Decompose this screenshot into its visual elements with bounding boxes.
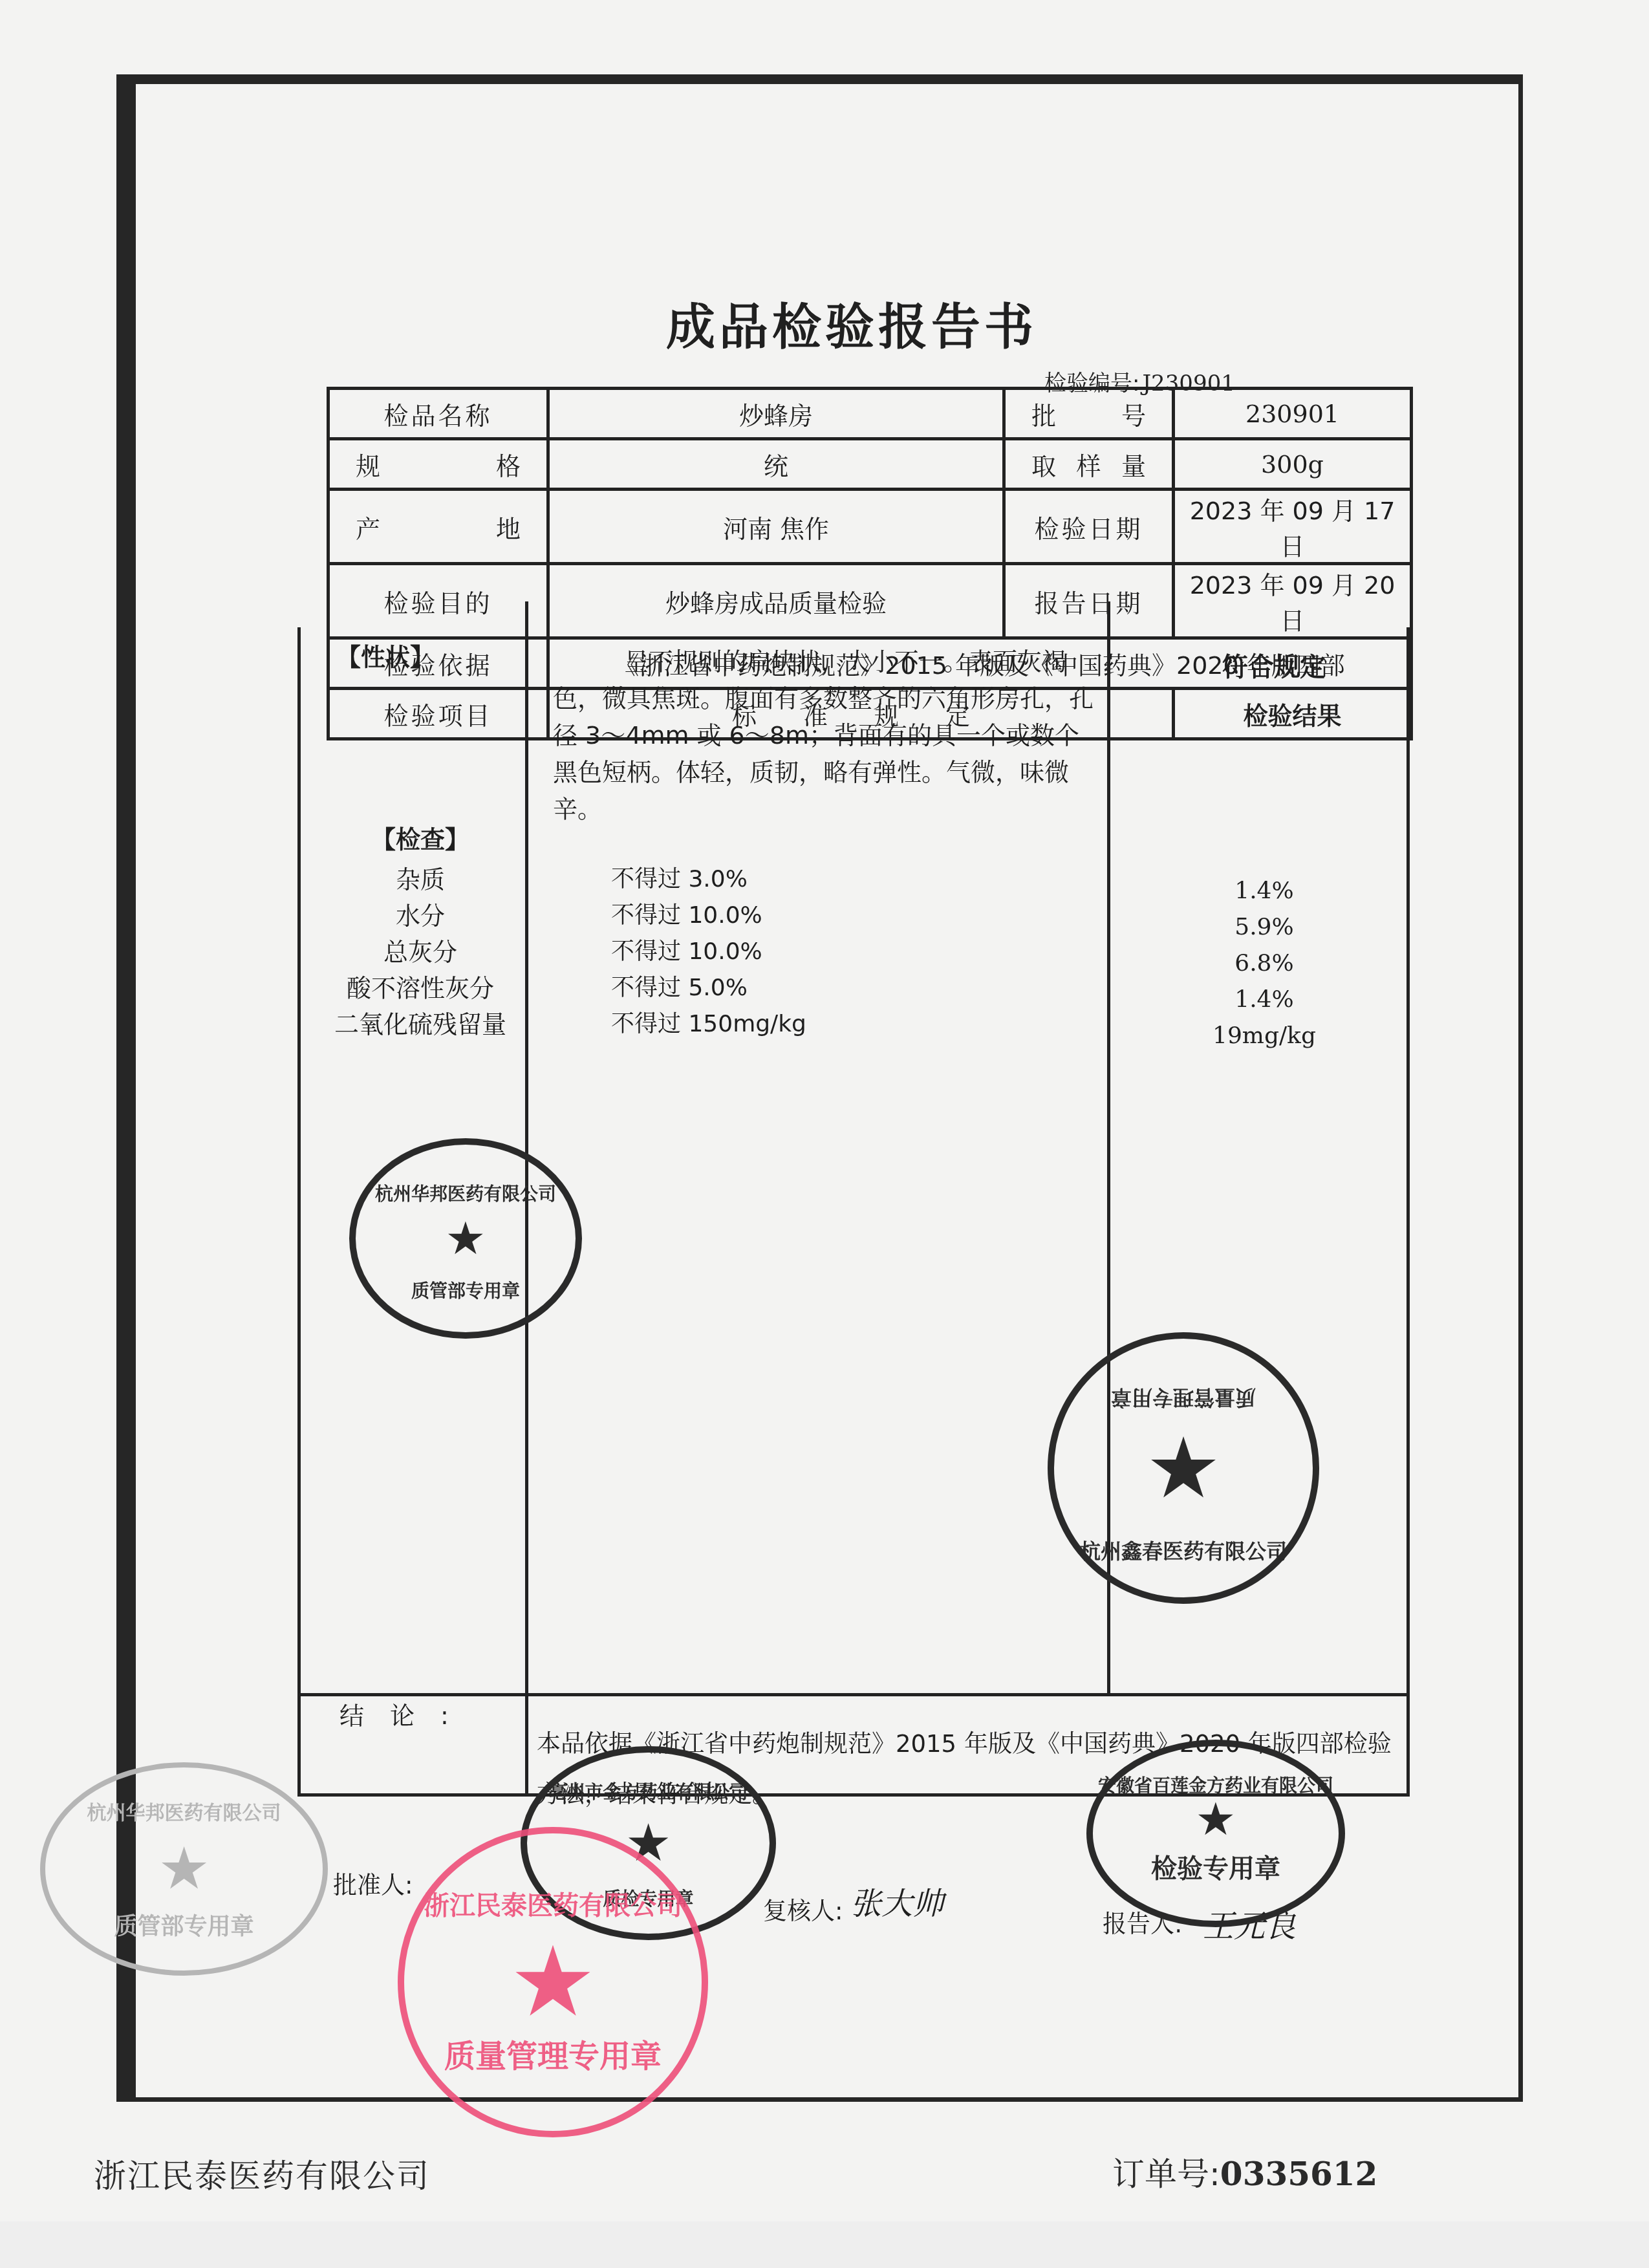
inspection-standards: 不得过 3.0% 不得过 10.0% 不得过 10.0% 不得过 5.0% 不得… bbox=[611, 861, 806, 1042]
seal-text: 浙江民泰医药有限公司 bbox=[404, 1885, 702, 1922]
character-label: 【性状】 bbox=[336, 637, 435, 673]
seal-text: 质管部专用章 bbox=[45, 1908, 323, 1941]
company-seal: 安徽省百莲金方药业有限公司 ★ 检验专用章 bbox=[1086, 1740, 1345, 1927]
inspection-items: 【检查】 杂质 水分 总灰分 酸不溶性灰分 二氧化硫残留量 bbox=[323, 821, 517, 1042]
origin-label: 产地 bbox=[329, 490, 548, 564]
page-title: 成品检验报告书 bbox=[666, 288, 1037, 358]
inspection-standard: 不得过 5.0% bbox=[611, 970, 806, 1006]
sample-qty-label: 取样量 bbox=[1004, 439, 1174, 490]
seal-text: 质量管理专用章 bbox=[1054, 1384, 1313, 1414]
column-divider bbox=[525, 601, 528, 1701]
star-icon: ★ bbox=[510, 1934, 596, 2031]
seal-text: 检验专用章 bbox=[1093, 1848, 1339, 1885]
conclusion-label: 结论: bbox=[339, 1696, 475, 1731]
seal-text: 杭州华邦医药有限公司 bbox=[45, 1797, 323, 1825]
spec-value: 统 bbox=[548, 439, 1004, 490]
inspection-result: 19mg/kg bbox=[1177, 1018, 1352, 1054]
star-icon: ★ bbox=[446, 1216, 486, 1261]
inspection-item: 二氧化硫残留量 bbox=[323, 1006, 517, 1042]
inspection-label: 【检查】 bbox=[323, 821, 517, 861]
table-row: 规格 统 取样量 300g bbox=[329, 439, 1412, 490]
table-row: 产地 河南 焦作 检验日期 2023 年 09 月 17 日 bbox=[329, 490, 1412, 564]
inspection-standard: 不得过 10.0% bbox=[611, 934, 806, 970]
table-row: 检品名称 炒蜂房 批号 230901 bbox=[329, 389, 1412, 439]
reviewer-signature: 张大帅 bbox=[850, 1879, 943, 1923]
footer-company: 浙江民泰医药有限公司 bbox=[94, 2150, 430, 2197]
seal-text: 杭州华邦医药有限公司 bbox=[356, 1180, 576, 1206]
faded-company-seal: 杭州华邦医药有限公司 ★ 质管部专用章 bbox=[40, 1762, 328, 1976]
seal-text: 杭州鑫春医药有限公司 bbox=[1054, 1535, 1313, 1565]
star-icon: ★ bbox=[1196, 1797, 1236, 1842]
approver-label: 批准人: bbox=[333, 1866, 413, 1901]
footer-order: 订单号:0335612 bbox=[1112, 2148, 1377, 2195]
inspection-result: 6.8% bbox=[1177, 945, 1352, 982]
company-seal: 杭州华邦医药有限公司 ★ 质管部专用章 bbox=[349, 1138, 582, 1339]
reviewer-label: 复核人: bbox=[763, 1892, 843, 1927]
inspection-standard: 不得过 10.0% bbox=[611, 898, 806, 934]
product-name-value: 炒蜂房 bbox=[548, 389, 1004, 439]
origin-value: 河南 焦作 bbox=[548, 490, 1004, 564]
inspection-item: 酸不溶性灰分 bbox=[323, 970, 517, 1006]
spec-label: 规格 bbox=[329, 439, 548, 490]
inspection-results: 1.4% 5.9% 6.8% 1.4% 19mg/kg bbox=[1177, 873, 1352, 1054]
company-seal: 质量管理专用章 ★ 杭州鑫春医药有限公司 bbox=[1048, 1332, 1319, 1604]
inspection-item: 水分 bbox=[323, 898, 517, 934]
inspection-item: 杂质 bbox=[323, 861, 517, 898]
red-quality-seal: 浙江民泰医药有限公司 ★ 质量管理专用章 bbox=[398, 1827, 708, 2137]
sample-qty-value: 300g bbox=[1174, 439, 1412, 490]
inspection-result: 1.4% bbox=[1177, 873, 1352, 909]
batch-label: 批号 bbox=[1004, 389, 1174, 439]
character-result: 符合规定 bbox=[1174, 647, 1374, 684]
test-date-value: 2023 年 09 月 17 日 bbox=[1174, 490, 1412, 564]
star-icon: ★ bbox=[1146, 1426, 1222, 1510]
scan-bottom-strip bbox=[0, 2221, 1649, 2268]
inspection-standard: 不得过 150mg/kg bbox=[611, 1006, 806, 1042]
character-description: 呈不规则的扁块状，大小不一。表面灰褐色，微具焦斑。腹面有多数整齐的六角形房孔，孔… bbox=[553, 643, 1096, 828]
order-label: 订单号: bbox=[1112, 2155, 1220, 2193]
star-icon: ★ bbox=[158, 1840, 210, 1898]
inspection-standard: 不得过 3.0% bbox=[611, 861, 806, 898]
seal-text: 质量管理专用章 bbox=[404, 2031, 702, 2076]
inspection-item: 总灰分 bbox=[323, 934, 517, 970]
test-date-label: 检验日期 bbox=[1004, 490, 1174, 564]
order-number: 0335612 bbox=[1220, 2155, 1378, 2193]
seal-text: 质管部专用章 bbox=[356, 1277, 576, 1303]
product-name-label: 检品名称 bbox=[329, 389, 548, 439]
inspection-result: 5.9% bbox=[1177, 909, 1352, 945]
batch-value: 230901 bbox=[1174, 389, 1412, 439]
inspection-result: 1.4% bbox=[1177, 982, 1352, 1018]
seal-text: 亳州市金方药业有限公司 bbox=[527, 1778, 770, 1804]
